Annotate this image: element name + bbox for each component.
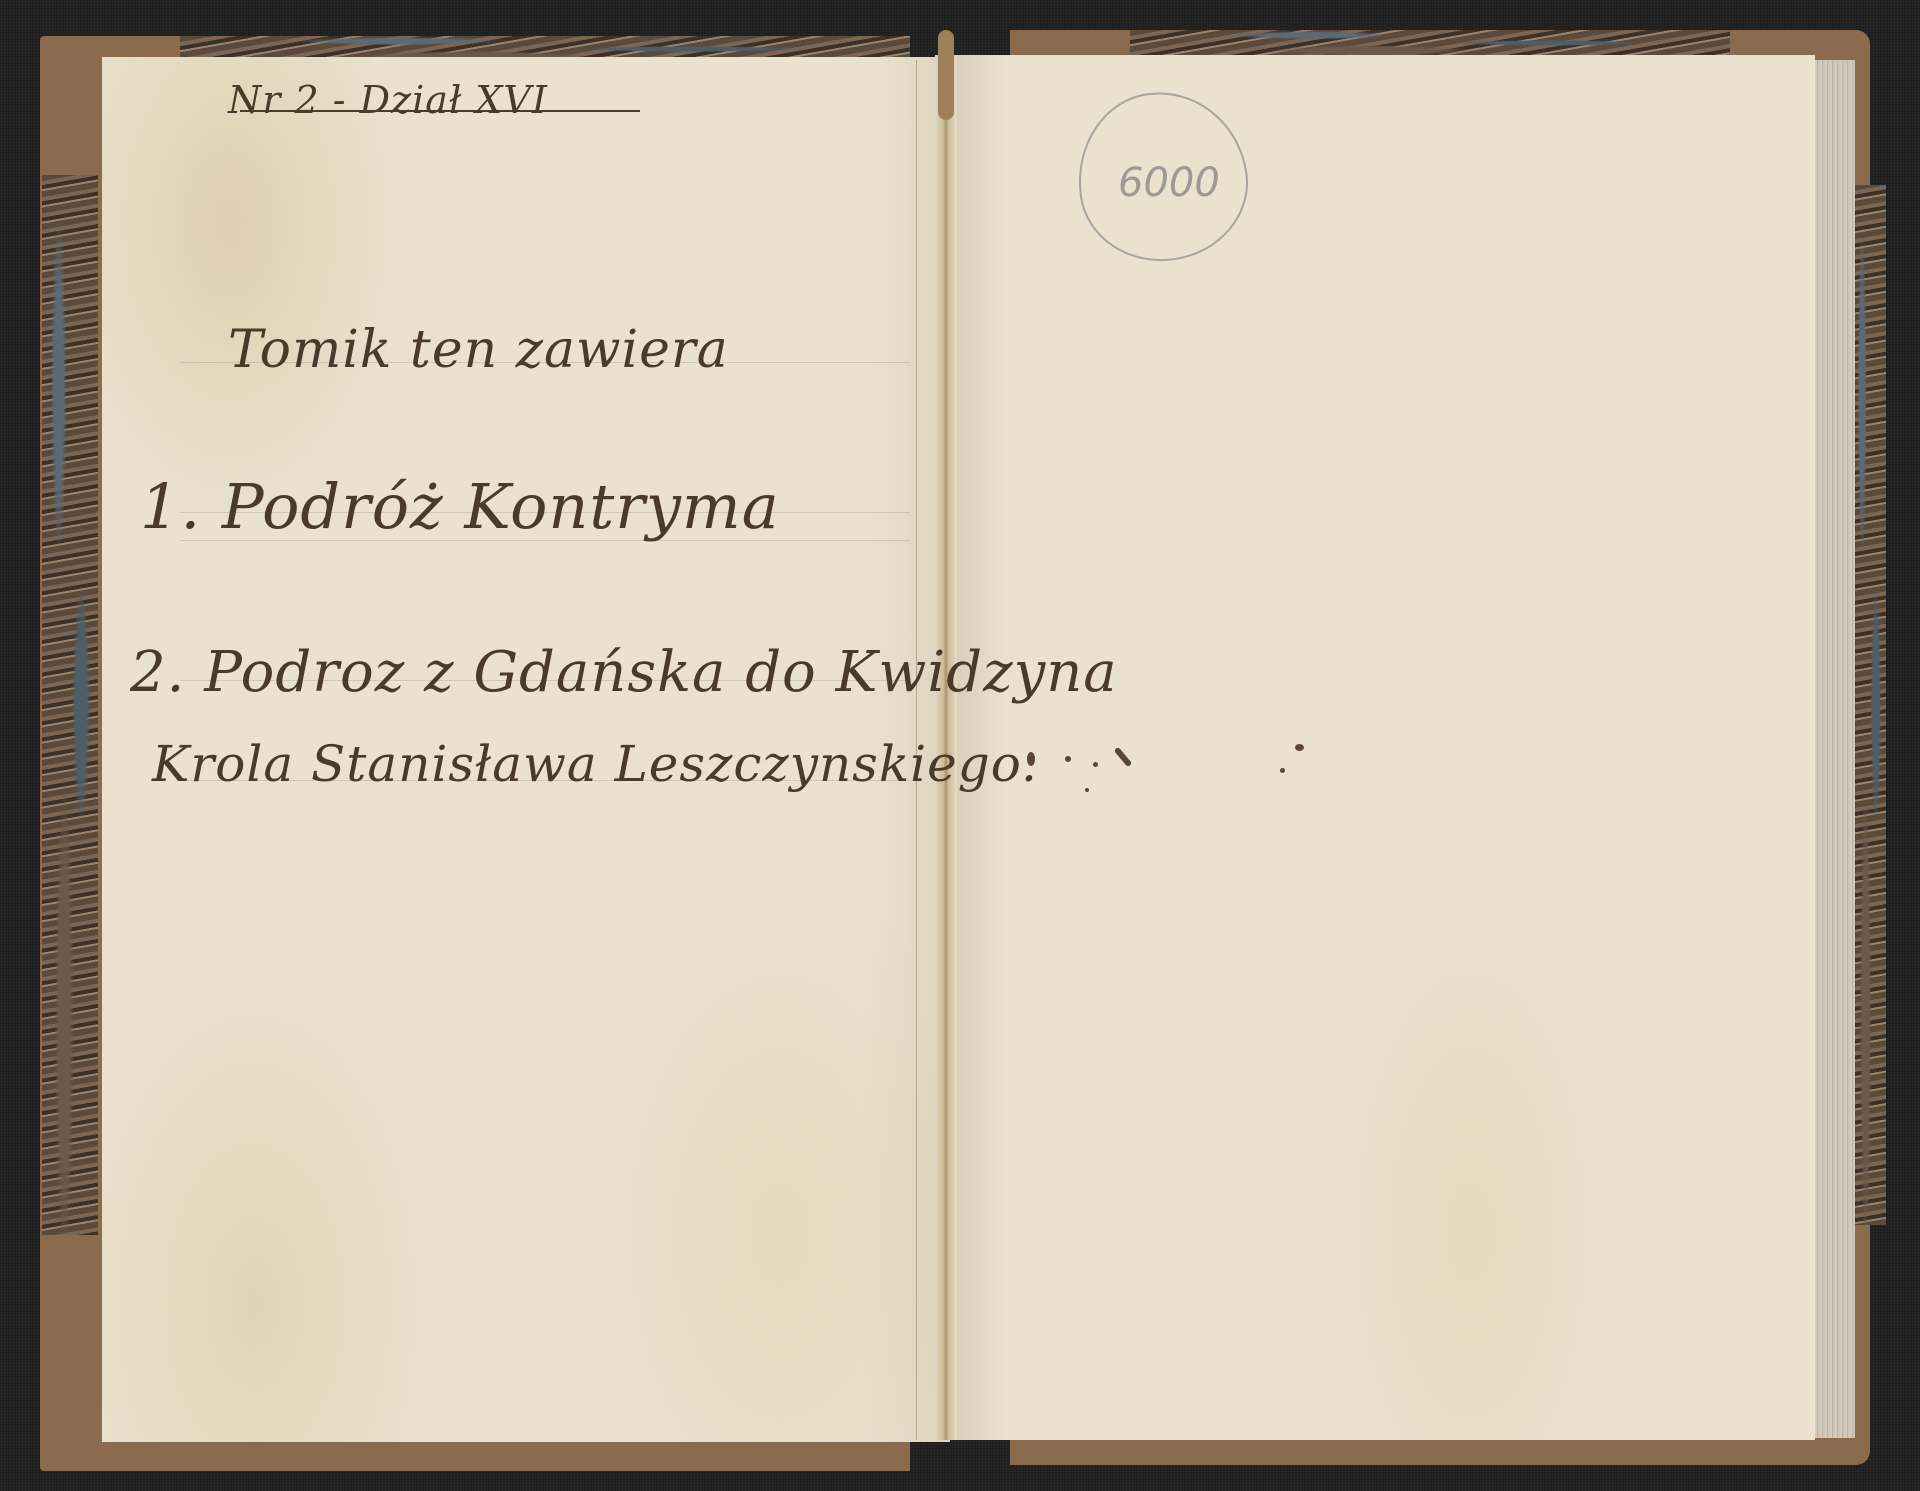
marbled-edge-top-right [1130, 30, 1730, 56]
shelfmark: Nr 2 - Dział XVI [228, 78, 548, 122]
open-book: Nr 2 - Dział XVI Tomik ten zawiera 1. Po… [0, 0, 1920, 1491]
page-block-edges [1815, 60, 1855, 1438]
ink-specks [1025, 740, 1315, 800]
item-number: 2. [130, 640, 185, 705]
marbled-edge-right [1852, 185, 1886, 1225]
marbled-edge-left [42, 175, 98, 1235]
shelfmark-underline [240, 110, 640, 112]
contents-item-2-continuation: Krola Stanisława Leszczynskiego. [152, 735, 1038, 793]
contents-item-1: 1. Podróż Kontryma [140, 470, 780, 543]
item-text: Podroz z Gdańska do Kwidzyna [204, 640, 1117, 705]
binding-thread [938, 30, 954, 120]
item-text: Podróż Kontryma [222, 470, 780, 543]
contents-heading: Tomik ten zawiera [228, 320, 729, 380]
contents-item-2: 2. Podroz z Gdańska do Kwidzyna [130, 640, 1118, 705]
item-number: 1. [140, 470, 201, 543]
pencil-note: 6000 [1118, 160, 1220, 206]
